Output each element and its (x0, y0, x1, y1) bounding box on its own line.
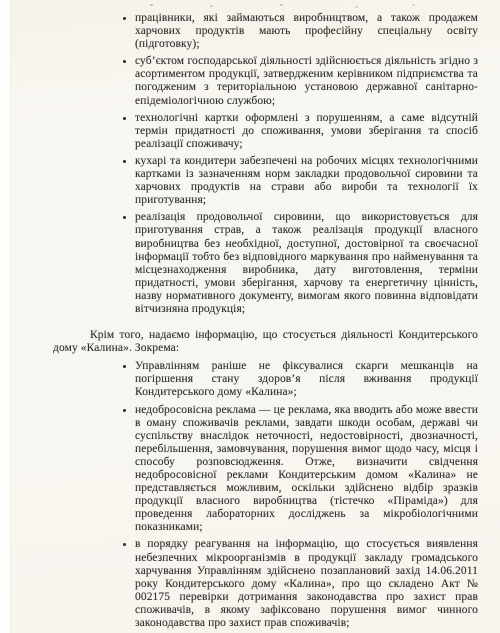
list-item-assortment-approval: суб’єктом господарської діяльності здійс… (135, 55, 478, 107)
scan-edge-strip (0, 0, 11, 633)
list-item-inspection-act: в порядку реагування на інформацію, що с… (135, 538, 478, 630)
scan-artifact (150, 4, 153, 6)
list-item-workers-education: працівники, які займаються виробництвом,… (135, 12, 478, 51)
list-item-tech-cards-violation: технологічні картки оформлені з порушенн… (135, 112, 478, 151)
list-item-raw-materials-labeling: реалізація продовольчої сировини, що вик… (135, 211, 478, 316)
list-item-no-complaints: Управлінням раніше не фіксувалися скарги… (135, 360, 478, 399)
findings-list: працівники, які займаються виробництвом,… (53, 12, 478, 316)
scanned-document-page: працівники, які займаються виробництвом,… (0, 0, 500, 633)
document-content: працівники, які займаються виробництвом,… (53, 12, 478, 633)
list-item-unfair-advertising: недобросовісна реклама — це реклама, яка… (135, 404, 478, 535)
list-item-cooks-tech-cards: кухарі та кондитери забезпечені на робоч… (135, 155, 478, 207)
kalyna-info-list: Управлінням раніше не фіксувалися скарги… (53, 360, 478, 630)
paragraph-kalyna-intro: Крім того, надаємо інформацію, що стосує… (53, 329, 478, 355)
